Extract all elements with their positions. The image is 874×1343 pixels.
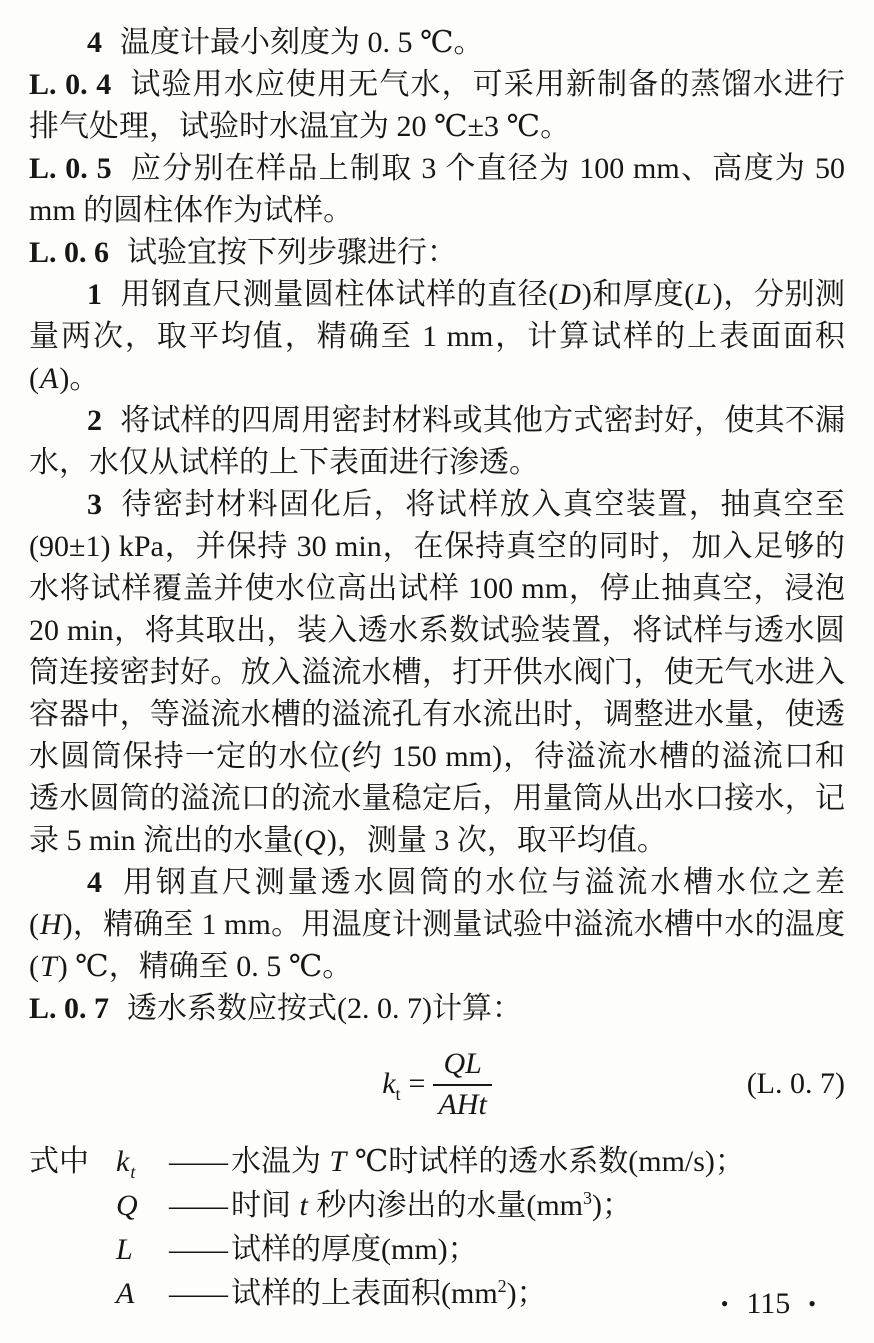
text-run: 试样的上表面积(mm (231, 1277, 498, 1310)
step-4: 4用钢直尺测量透水圆筒的水位与溢流水槽水位之差(H)，精确至 1 mm。用温度计… (29, 862, 845, 988)
bullet-icon: • (808, 1291, 816, 1317)
definition-term: A (115, 1272, 169, 1316)
definition-term: kt (115, 1140, 169, 1184)
definition-text: 时间 t 秒内渗出的水量(mm3)； (231, 1184, 845, 1228)
bold-marker: 4 (87, 866, 102, 899)
text-run: 时间 (231, 1189, 299, 1222)
where-label: 式中 (29, 1140, 115, 1184)
text-run: 用钢直尺测量圆柱体试样的直径( (120, 278, 558, 311)
text-run: )； (507, 1277, 547, 1310)
fraction: QL AHt (433, 1047, 491, 1122)
step-2: 2将试样的四周用密封材料或其他方式密封好，使其不漏水，水仅从试样的上下表面进行渗… (29, 400, 845, 484)
text-run: )； (592, 1189, 632, 1222)
clause-L-0-7: L. 0. 7透水系数应按式(2. 0. 7)计算： (29, 988, 845, 1030)
definition-dash: —— (169, 1140, 227, 1184)
text-run: D (558, 278, 582, 311)
text-run: T (329, 1145, 348, 1178)
text-run: Q (303, 824, 327, 857)
bold-marker: 3 (87, 488, 102, 521)
text-run: 将试样的四周用密封材料或其他方式密封好，使其不漏水，水仅从试样的上下表面进行渗透… (29, 404, 845, 479)
bold-marker: L. 0. 5 (29, 152, 112, 185)
text-run: 3 (583, 1188, 592, 1208)
text-run: 水温为 (231, 1145, 329, 1178)
text-run: 2 (498, 1276, 507, 1296)
page-number: • 115 • (703, 1287, 834, 1321)
definition-row-Q: Q —— 时间 t 秒内渗出的水量(mm3)； (29, 1184, 845, 1228)
page-number-value: 115 (746, 1287, 790, 1321)
text-run: t (299, 1189, 309, 1222)
formula-variable-k: kt (382, 1067, 400, 1101)
text-run: A (115, 1277, 135, 1310)
clause-item-4-thermometer: 4温度计最小刻度为 0. 5 ℃。 (29, 22, 845, 64)
definition-row-kt: 式中 kt —— 水温为 T ℃时试样的透水系数(mm/s)； (29, 1140, 845, 1184)
fraction-numerator: QL (433, 1047, 491, 1086)
bold-marker: L. 0. 4 (29, 68, 111, 101)
text-run: 试样的厚度(mm)； (231, 1233, 478, 1266)
definition-term: Q (115, 1184, 169, 1228)
clause-L-0-5: L. 0. 5应分别在样品上制取 3 个直径为 100 mm、高度为 50 mm… (29, 148, 845, 232)
text-run: 试验宜按下列步骤进行： (127, 236, 457, 269)
clause-L-0-6: L. 0. 6试验宜按下列步骤进行： (29, 232, 845, 274)
definition-term: L (115, 1228, 169, 1272)
bold-marker: 4 (87, 26, 102, 59)
equals-sign: = (409, 1067, 426, 1101)
definition-text: 水温为 T ℃时试样的透水系数(mm/s)； (231, 1140, 845, 1184)
text-run: ℃时试样的透水系数(mm/s)； (347, 1145, 745, 1178)
text-run: )，测量 3 次，取平均值。 (327, 824, 667, 857)
formula-subscript-t: t (396, 1084, 401, 1104)
text-run: A (39, 362, 59, 395)
bold-marker: L. 0. 7 (29, 992, 109, 1025)
fraction-denominator: AHt (438, 1086, 486, 1122)
bold-marker: 1 (87, 278, 102, 311)
text-run: ) ℃，精确至 0. 5 ℃。 (58, 950, 353, 983)
text-run: Q (115, 1189, 139, 1222)
text-run: 温度计最小刻度为 0. 5 ℃。 (120, 26, 484, 59)
text-run: t (130, 1162, 135, 1182)
text-run: L (694, 278, 713, 311)
definition-dash: —— (169, 1228, 227, 1272)
clause-L-0-4: L. 0. 4试验用水应使用无气水，可采用新制备的蒸馏水进行排气处理，试验时水温… (29, 64, 845, 148)
text-run: k (115, 1145, 130, 1178)
bold-marker: 2 (87, 404, 102, 437)
step-1: 1用钢直尺测量圆柱体试样的直径(D)和厚度(L)，分别测量两次，取平均值，精确至… (29, 274, 845, 400)
equation-number: (L. 0. 7) (747, 1067, 845, 1101)
bullet-icon: • (721, 1291, 729, 1317)
definition-dash: —— (169, 1184, 227, 1228)
text-run: H (39, 908, 63, 941)
text-run: 试验用水应使用无气水，可采用新制备的蒸馏水进行排气处理，试验时水温宜为 20 ℃… (29, 68, 845, 143)
definition-text: 试样的厚度(mm)； (231, 1228, 845, 1272)
text-run: 透水系数应按式(2. 0. 7)计算： (127, 992, 522, 1025)
page-body: 4温度计最小刻度为 0. 5 ℃。 L. 0. 4试验用水应使用无气水，可采用新… (0, 0, 874, 1316)
text-run: 秒内渗出的水量(mm (309, 1189, 583, 1222)
equation-L-0-7: kt = QL AHt (L. 0. 7) (29, 1034, 845, 1134)
text-run: 应分别在样品上制取 3 个直径为 100 mm、高度为 50 mm 的圆柱体作为… (29, 152, 845, 227)
text-run: )。 (59, 362, 99, 395)
formula-kt: kt = QL AHt (382, 1047, 492, 1122)
definition-dash: —— (169, 1272, 227, 1316)
definition-row-L: L —— 试样的厚度(mm)； (29, 1228, 845, 1272)
text-run: L (115, 1233, 134, 1266)
text-run: )和厚度( (582, 278, 694, 311)
step-3: 3待密封材料固化后，将试样放入真空装置，抽真空至(90±1) kPa，并保持 3… (29, 484, 845, 862)
document-page: 4温度计最小刻度为 0. 5 ℃。 L. 0. 4试验用水应使用无气水，可采用新… (0, 0, 874, 1343)
bold-marker: L. 0. 6 (29, 236, 109, 269)
text-run: T (39, 950, 58, 983)
text-run: 待密封材料固化后，将试样放入真空装置，抽真空至(90±1) kPa，并保持 30… (29, 488, 845, 857)
